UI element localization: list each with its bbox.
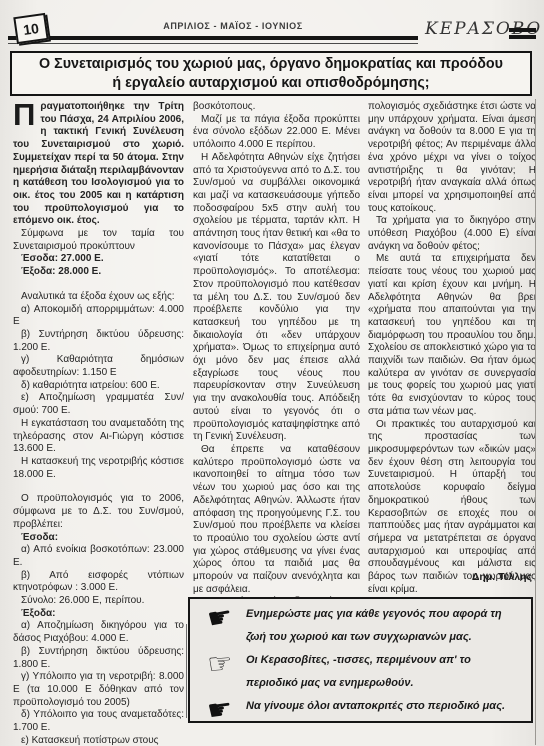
article-title-line2: ή εργαλείο αυταρχισμού και οπισθοδρόμηση… bbox=[12, 74, 530, 93]
paragraph: ε) Αποζημίωση γραμματέα Συν/σμού: 700 Ε. bbox=[13, 392, 184, 417]
paragraph: β) Συντήρηση δικτύου ύδρευσης: 1.200 Ε. bbox=[13, 329, 184, 354]
bar bbox=[509, 28, 536, 32]
author-signature: Δημ. Τέλλης bbox=[368, 571, 532, 583]
paragraph: Θα έπρεπε να καταθέσουν καλύτερο προϋπολ… bbox=[193, 444, 360, 596]
header-rule-thin bbox=[8, 43, 418, 44]
page-number-box: 10 bbox=[13, 13, 48, 44]
article-column-3: πολογισμός σχεδιάστηκε έτσι ώστε να μην … bbox=[368, 101, 536, 596]
paragraph: Σύνολο: 26.000 Ε, περίπου. bbox=[13, 595, 184, 608]
page-right-rule bbox=[535, 99, 536, 745]
masthead-double-bar bbox=[509, 28, 536, 42]
paragraph: Έξοδα: 28.000 Ε. bbox=[13, 266, 184, 279]
paragraph: δ) καθαριότητα ιατρείου: 600 Ε. bbox=[13, 380, 184, 393]
paragraph: Η κατασκευή της νεροτριβής κόστισε 18.00… bbox=[13, 456, 184, 481]
paragraph: α) Αποκομιδή απορριμμάτων: 4.000 Ε bbox=[13, 304, 184, 329]
paragraph: Τα χρήματα για το δικηγόρο στην υπόθεση … bbox=[368, 215, 536, 253]
manicule-solid-icon: ☛ bbox=[192, 692, 248, 729]
paragraph: Αναλυτικά τα έξοδα έχουν ως εξής: bbox=[13, 291, 184, 304]
paragraph: Με αυτά τα επιχειρήματα δεν πείσατε τους… bbox=[368, 253, 536, 418]
notice-text: Να γίνουμε όλοι ανταποκριτές στο περιοδι… bbox=[246, 695, 525, 718]
article-title-box: Ο Συνεταιρισμός του χωριού μας, όργανο δ… bbox=[10, 51, 532, 96]
drop-cap: Π bbox=[13, 102, 35, 127]
paragraph: Σύμφωνα με τον ταμία του Συνεταιρισμού π… bbox=[13, 228, 184, 253]
notice-box: ☛Ενημερώστε μας για κάθε γεγονός που αφο… bbox=[188, 597, 533, 723]
issue-months: ΑΠΡΙΛΙΟΣ - ΜΑΪΟΣ - ΙΟΥΝΙΟΣ bbox=[128, 21, 338, 31]
paragraph: Η εγκατάσταση του αναμεταδότη της τηλεόρ… bbox=[13, 418, 184, 456]
paragraph: Έξοδα: bbox=[13, 608, 184, 621]
notice-text: Ενημερώστε μας για κάθε γεγονός που αφορ… bbox=[246, 603, 525, 649]
manicule-outline-icon: ☞ bbox=[193, 647, 247, 681]
notice-text: Οι Κερασοβίτες, -τισσες, περιμένουν απ' … bbox=[246, 649, 525, 695]
paragraph: Έσοδα: bbox=[13, 532, 184, 545]
notice-item: ☞Οι Κερασοβίτες, -τισσες, περιμένουν απ'… bbox=[194, 649, 525, 695]
paragraph: β) Συντήρηση δικτύου ύδρευσης: 1.800 Ε. bbox=[13, 646, 184, 671]
paragraph: βοσκότοπους. bbox=[193, 101, 360, 114]
paragraph: δ) Υπόλοιπο για τους αναμεταδότες: 1.700… bbox=[13, 709, 184, 734]
paragraph: Ο προϋπολογισμός για το 2006, σύμφωνα με… bbox=[13, 493, 184, 531]
notice-list: ☛Ενημερώστε μας για κάθε γεγονός που αφο… bbox=[194, 603, 525, 725]
manicule-solid-icon: ☛ bbox=[192, 599, 248, 638]
paragraph: γ) Καθαριότητα δημόσιων αφοδευτηρίων: 1.… bbox=[13, 354, 184, 379]
notice-item: ☛Ενημερώστε μας για κάθε γεγονός που αφο… bbox=[194, 603, 525, 649]
column-divider-rule bbox=[186, 624, 187, 718]
paragraph: γ) Υπόλοιπο για τη νεροτριβή: 8.000 Ε (τ… bbox=[13, 671, 184, 709]
scanned-newsletter-page: 10 ΑΠΡΙΛΙΟΣ - ΜΑΪΟΣ - ΙΟΥΝΙΟΣ ΚΕΡΑΣΟΒΟ Ο… bbox=[0, 0, 544, 746]
paragraph: α) Από ενοίκια βοσκοτόπων: 23.000 Ε. bbox=[13, 544, 184, 569]
notice-item: ☛Να γίνουμε όλοι ανταποκριτές στο περιοδ… bbox=[194, 695, 525, 725]
paragraph: ε) Κατασκευή ποτίστρων στους bbox=[13, 735, 184, 746]
paragraph: α) Αποζημίωση δικηγόρου για το δάσος Ρια… bbox=[13, 620, 184, 645]
bar bbox=[509, 35, 536, 39]
header-rule bbox=[8, 36, 418, 40]
paragraph: Έσοδα: 27.000 Ε. bbox=[13, 253, 184, 266]
paragraph: Η Αδελφότητα Αθηνών είχε ζητήσει από τα … bbox=[193, 152, 360, 444]
article-column-2: βοσκότοπους.Μαζί με τα πάγια έξοδα προκύ… bbox=[193, 101, 360, 622]
paragraph: Πραγματοποιήθηκε την Τρίτη του Πάσχα, 24… bbox=[13, 101, 184, 228]
paragraph: Μαζί με τα πάγια έξοδα προκύπτει ένα σύν… bbox=[193, 114, 360, 152]
paragraph: β) Από εισφορές ντόπιων κτηνοτρόφων : 3.… bbox=[13, 570, 184, 595]
page-number: 10 bbox=[22, 19, 40, 37]
article-column-1: Πραγματοποιήθηκε την Τρίτη του Πάσχα, 24… bbox=[13, 101, 184, 746]
article-title-line1: Ο Συνεταιρισμός του χωριού μας, όργανο δ… bbox=[12, 55, 530, 74]
paragraph: Οι πρακτικές του αυταρχισμού και της προ… bbox=[368, 419, 536, 597]
paragraph: πολογισμός σχεδιάστηκε έτσι ώστε να μην … bbox=[368, 101, 536, 215]
